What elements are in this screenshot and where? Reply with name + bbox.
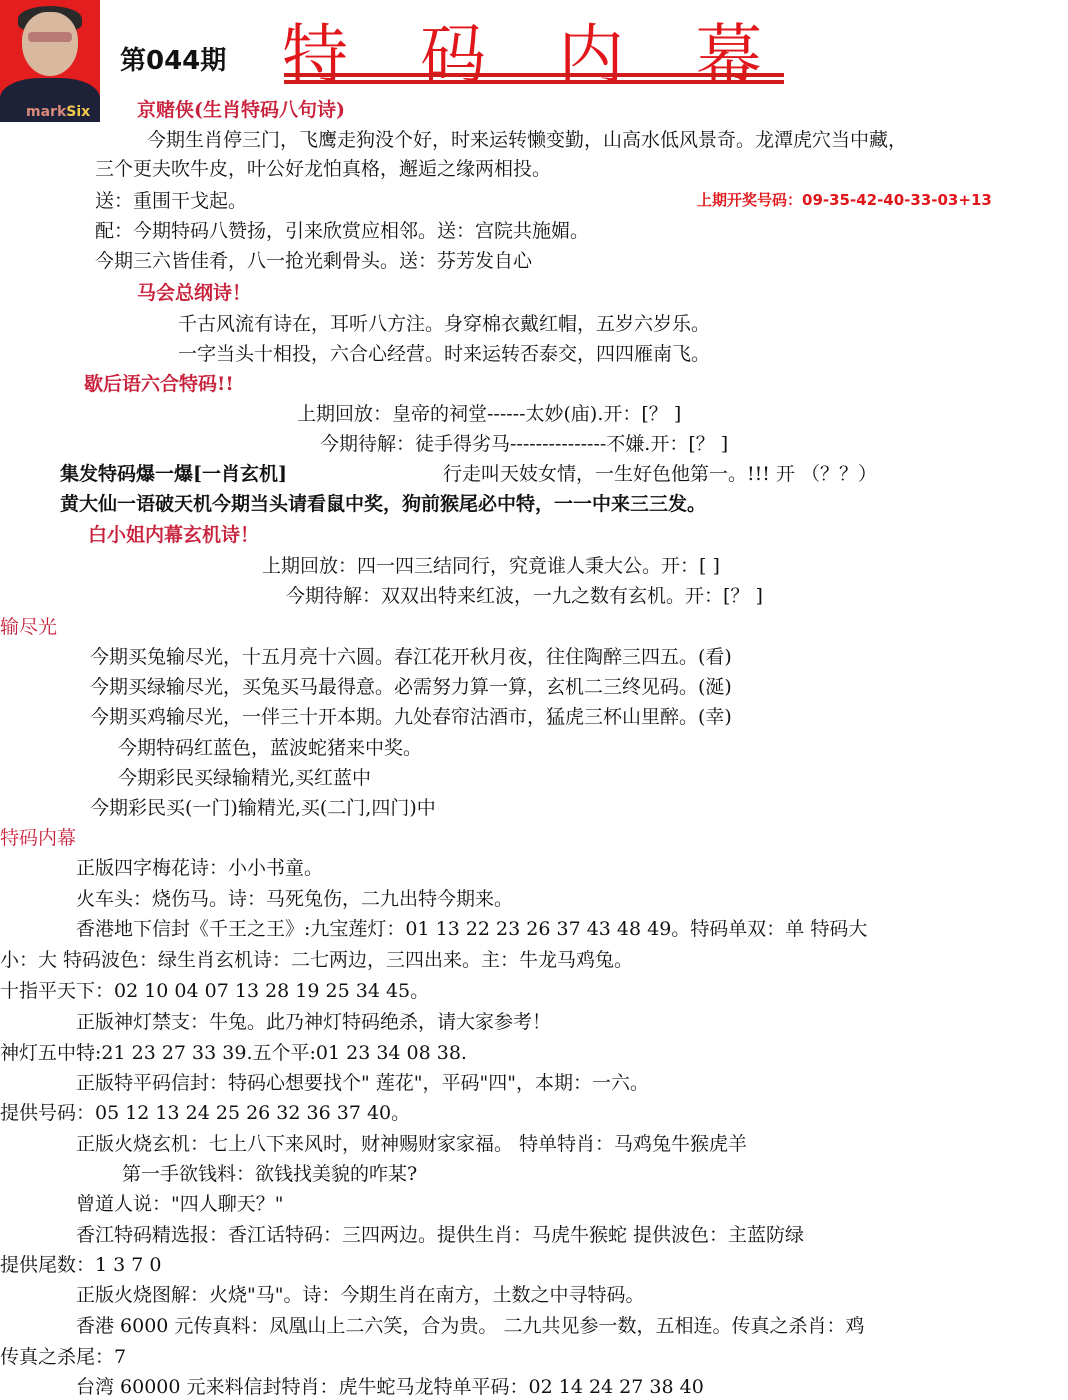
- poem-line: 今期买绿输尽光，买兔买马最得意。必需努力算一算，玄机二三终见码。(涎): [90, 672, 732, 699]
- section-heading-mahui: 马会总纲诗！: [137, 278, 251, 305]
- section-heading-baixiaojie: 白小姐内幕玄机诗！: [88, 520, 259, 547]
- jifa-text: 行走叫天妓女情，一生好色他第一。!!! 开 （？？）: [443, 459, 877, 486]
- section-heading-xiehouyu: 歇后语六合特码!!: [84, 369, 234, 396]
- tip-line: 十指平天下：02 10 04 07 13 28 19 25 34 45。: [0, 976, 429, 1003]
- poem-line: 送：重围干戈起。: [95, 186, 247, 213]
- poem-line: 今期买鸡输尽光，一伴三十开本期。九处春帘沽酒市，猛虎三杯山里醉。(幸): [90, 702, 732, 729]
- last-draw-numbers: 上期开奖号码：09-35-42-40-33-03+13: [697, 189, 992, 210]
- tip-line: 正版神灯禁支：牛兔。此乃神灯特码绝杀，请大家参考！: [76, 1007, 551, 1034]
- tip-line: 正版火烧玄机：七上八下来风时，财神赐财家家福。 特单特肖：马鸡兔牛猴虎羊: [76, 1129, 747, 1156]
- poem-line: 今期彩民买(一门)输精光,买(二门,四门)中: [90, 793, 436, 820]
- poem-line: 今期特码红蓝色，蓝波蛇猪来中奖。: [118, 733, 422, 760]
- jifa-label: 集发特码爆一爆[一肖玄机]: [60, 459, 287, 486]
- tip-line: 小：大 特码波色：绿生肖玄机诗：二七两边，三四出来。主：牛龙马鸡兔。: [0, 945, 633, 972]
- tip-line: 传真之杀尾：7: [0, 1342, 126, 1369]
- tip-line: 提供尾数：1 3 7 0: [0, 1250, 161, 1277]
- tip-line: 香江特码精选报：香江话特码：三四两边。提供生肖：马虎牛猴蛇 提供波色：主蓝防绿: [76, 1220, 804, 1247]
- poem-line: 配：今期特码八赞扬，引来欣赏应相邻。送：宫院共施媚。: [95, 216, 589, 243]
- avatar-glasses: [28, 32, 72, 42]
- poem-line: 一字当头十相投，六合心经营。时来运转否泰交，四四雁南飞。: [178, 339, 710, 366]
- tip-line: 香港地下信封《千王之王》:九宝莲灯：01 13 22 23 26 37 43 4…: [76, 914, 867, 941]
- tip-line: 正版特平码信封：特码心想要找个" 莲花"，平码"四"，本期：一六。: [76, 1068, 649, 1095]
- avatar-face: [22, 12, 78, 76]
- title-underline: [284, 73, 784, 77]
- tip-line: 火车头：烧伤马。诗：马死兔伤，二九出特今期来。: [76, 884, 513, 911]
- title-underline-double: [284, 80, 784, 84]
- logo-text-b: Six: [66, 104, 90, 120]
- section-heading-temaneimu: 特码内幕: [0, 823, 76, 850]
- tip-line: 第一手欲钱料：欲钱找美貌的咋某?: [122, 1159, 417, 1186]
- tip-line: 曾道人说："四人聊天？": [76, 1189, 283, 1216]
- avatar: markSix: [0, 0, 100, 122]
- section-heading-jingduxia: 京赌侠(生肖特码八句诗): [137, 95, 345, 122]
- riddle-line: 今期待解：双双出特来红波，一九之数有玄机。开：[？ ]: [286, 581, 763, 608]
- issue-number: 第044期: [120, 40, 226, 77]
- riddle-line: 今期待解：徒手得劣马---------------不嫌.开：[？ ]: [320, 429, 728, 456]
- poem-line: 今期彩民买绿输精光,买红蓝中: [118, 763, 371, 790]
- riddle-line: 上期回放：四一四三结同行，究竟谁人秉大公。开：[ ]: [262, 551, 720, 578]
- tip-line: 正版火烧图解：火烧"马"。诗：今期生肖在南方，土数之中寻特码。: [76, 1280, 644, 1307]
- tip-line: 提供号码：05 12 13 24 25 26 32 36 37 40。: [0, 1098, 410, 1125]
- tip-line: 香港 6000 元传真料：凤凰山上二六笑，合为贵。 二九共见参一数，五相连。传真…: [76, 1311, 864, 1338]
- logo-text-a: mark: [26, 104, 66, 120]
- poem-line: 今期三六皆佳肴，八一抢光剩骨头。送：芬芳发自心: [95, 246, 532, 273]
- tip-line: 台湾 60000 元来料信封特肖：虎牛蛇马龙特单平码：02 14 24 27 3…: [76, 1372, 704, 1399]
- riddle-line: 上期回放：皇帝的祠堂------太妙(庙).开：[？ ]: [297, 399, 681, 426]
- poem-line: 三个更夫吹牛皮，叶公好龙怕真格，邂逅之缘两相投。: [95, 154, 551, 181]
- section-heading-shujinguang: 输尽光: [0, 612, 57, 639]
- marksix-logo: markSix: [26, 104, 90, 120]
- poem-line: 千古风流有诗在，耳听八方注。身穿棉衣戴红帽，五岁六岁乐。: [178, 309, 710, 336]
- poem-line: 今期生肖停三门，飞鹰走狗没个好，时来运转懒变勤，山高水低风景奇。龙潭虎穴当中藏，: [147, 125, 907, 152]
- huangdaxian-line: 黄大仙一语破天机今期当头请看鼠中奖，狗前猴尾必中特，一一中来三三发。: [60, 489, 706, 516]
- tip-line: 神灯五中特:21 23 27 33 39.五个平:01 23 34 08 38.: [0, 1038, 467, 1065]
- poem-line: 今期买兔输尽光，十五月亮十六圆。春江花开秋月夜，往住陶醉三四五。(看): [90, 642, 732, 669]
- tip-line: 正版四字梅花诗：小小书童。: [76, 853, 323, 880]
